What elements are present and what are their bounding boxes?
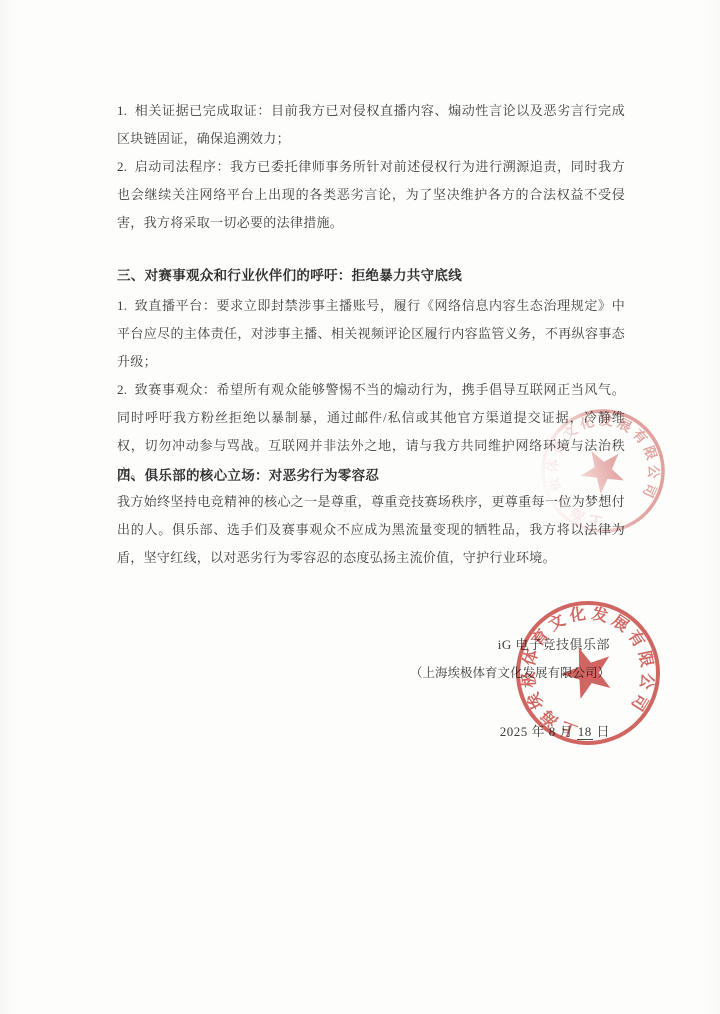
section-four-paragraph: 我方始终坚持电竞精神的核心之一是尊重，尊重竞技赛场秩序，更尊重每一位为梦想付出的… xyxy=(117,488,625,572)
signature-block: iG 电子竞技俱乐部 （上海埃极体育文化发展有限公司） 2025 年 8 月 1… xyxy=(410,631,610,746)
list-item-text: 相关证据已完成取证：目前我方已对侵权直播内容、煽动性言论以及恶劣言行完成区块链固… xyxy=(117,103,625,146)
list-item-number: 1. xyxy=(117,298,127,313)
section-four-heading: 四、俱乐部的核心立场：对恶劣行为零容忍 xyxy=(117,462,625,490)
signature-date: 2025 年 8 月 18 日 xyxy=(410,718,610,746)
top-numbered-list: 1.相关证据已完成取证：目前我方已对侵权直播内容、煽动性言论以及恶劣言行完成区块… xyxy=(117,97,625,237)
signature-org: iG 电子竞技俱乐部 xyxy=(410,631,610,659)
section-three-heading: 三、对赛事观众和行业伙伴们的呼吁：拒绝暴力共守底线 xyxy=(117,262,625,290)
list-item-number: 2. xyxy=(117,159,127,174)
date-day-underlined: 18 xyxy=(577,724,593,740)
signature-company: （上海埃极体育文化发展有限公司） xyxy=(410,659,610,687)
list-item: 1.致直播平台：要求立即封禁涉事主播账号，履行《网络信息内容生态治理规定》中平台… xyxy=(117,292,625,376)
list-item-number: 2. xyxy=(117,382,127,397)
document-page: 1.相关证据已完成取证：目前我方已对侵权直播内容、煽动性言论以及恶劣言行完成区块… xyxy=(0,0,720,1014)
list-item-text: 启动司法程序：我方已委托律师事务所针对前述侵权行为进行溯源追责，同时我方也会继续… xyxy=(117,159,625,230)
paragraph-text: 我方始终坚持电竞精神的核心之一是尊重，尊重竞技赛场秩序，更尊重每一位为梦想付出的… xyxy=(117,488,625,572)
list-item-text: 致直播平台：要求立即封禁涉事主播账号，履行《网络信息内容生态治理规定》中平台应尽… xyxy=(117,298,625,369)
list-item: 2.启动司法程序：我方已委托律师事务所针对前述侵权行为进行溯源追责，同时我方也会… xyxy=(117,153,625,237)
date-suffix: 日 xyxy=(593,724,610,739)
list-item-number: 1. xyxy=(117,103,127,118)
list-item: 1.相关证据已完成取证：目前我方已对侵权直播内容、煽动性言论以及恶劣言行完成区块… xyxy=(117,97,625,153)
date-prefix: 2025 年 8 月 xyxy=(500,724,577,739)
section-three-list: 1.致直播平台：要求立即封禁涉事主播账号，履行《网络信息内容生态治理规定》中平台… xyxy=(117,292,625,488)
